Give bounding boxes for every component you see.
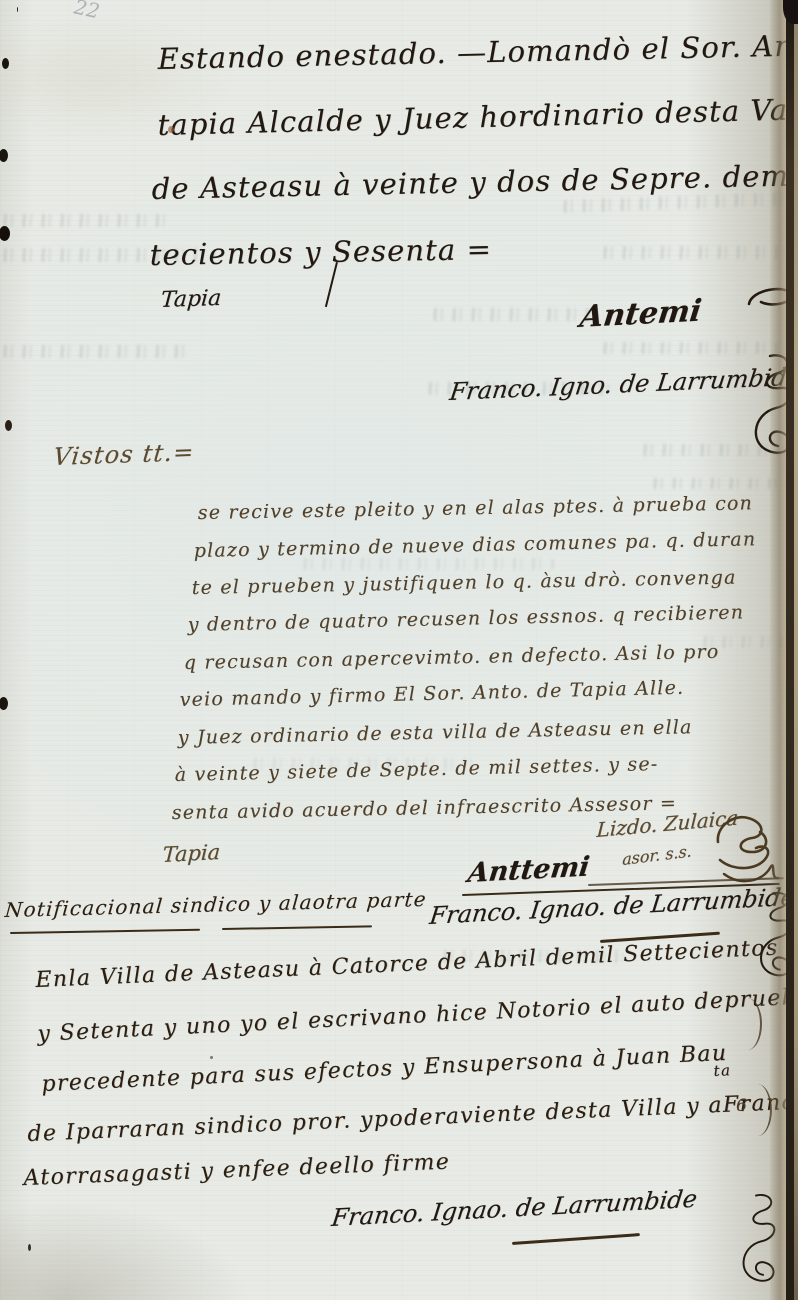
attestation: Anttemi [466, 851, 591, 889]
marginal-arc [738, 998, 762, 1050]
bleed-through [0, 345, 190, 358]
decree-line: Estando enestado. —Lomandò el Sor. Anton… [157, 26, 798, 76]
decree-line: tapia Alcalde y Juez hordinario desta Va… [157, 92, 798, 142]
notification-line: de Iparraran sindico pror. ypoderaviente… [27, 1087, 798, 1147]
paper-fleck [168, 126, 174, 133]
catchword-superscript: ta [713, 1061, 732, 1080]
auto-line: se recive este pleito y en el alas ptes.… [198, 492, 754, 524]
marginal-arc [748, 1084, 772, 1136]
bleed-through [600, 246, 795, 259]
assessor-title: asor. s.s. [622, 841, 692, 869]
auto-heading: Vistos tt.= [52, 438, 196, 471]
page-fold-shadow [770, 0, 786, 1300]
attestation: Antemi [578, 293, 703, 335]
folio-number: 22 [72, 0, 102, 23]
page-edge-dark [786, 0, 794, 1300]
manuscript-page: 22 Estando enestado. —Lomandò el Sor. An… [0, 0, 798, 1300]
signature-flourish-underline [512, 1233, 640, 1245]
bleed-through [430, 308, 595, 321]
margin-note-underline [222, 925, 372, 930]
auto-line: y dentro de quatro recusen los essnos. q… [188, 601, 745, 636]
decree-line: tecientos y Sesenta = [149, 232, 492, 272]
auto-line: veio mando y firmo El Sor. Anto. de Tapi… [179, 677, 684, 711]
auto-line: à veinte y siete de Septe. de mil settes… [175, 753, 659, 786]
auto-line: te el prueben y justifiquen lo q. àsu dr… [192, 567, 737, 599]
auto-line: y Juez ordinario de esta villa de Asteas… [178, 716, 693, 749]
auto-line: plazo y termino de nueve dias comunes pa… [194, 528, 757, 562]
paper-fleck [210, 1056, 213, 1059]
ink-specks [2, 58, 9, 69]
judge-signature: Tapia [160, 286, 222, 313]
leaf-mark: 6 [736, 1096, 748, 1116]
bleed-through [0, 214, 170, 227]
notification-line: precedente para sus efectos y Ensuperson… [41, 1041, 728, 1097]
notification-line: Enla Villa de Asteasu à Catorce de Abril… [35, 936, 779, 993]
notification-line: Atorrasagasti y enfee deello firme [23, 1150, 451, 1191]
notification-line: y Setenta y uno yo el escrivano hice Not… [37, 984, 798, 1047]
next-page-edge [794, 0, 798, 1300]
auto-line: q recusan con apercevimto. en defecto. A… [184, 641, 720, 674]
scribe-signature: Franco. Ignao. de Larrumbide [330, 1185, 699, 1232]
margin-note: Notificacional sindico y alaotra parte [4, 887, 428, 922]
margin-note-underline [10, 929, 200, 934]
bleed-through [650, 478, 790, 489]
bleed-through [300, 558, 555, 570]
judge-signature: Tapia [162, 840, 221, 867]
